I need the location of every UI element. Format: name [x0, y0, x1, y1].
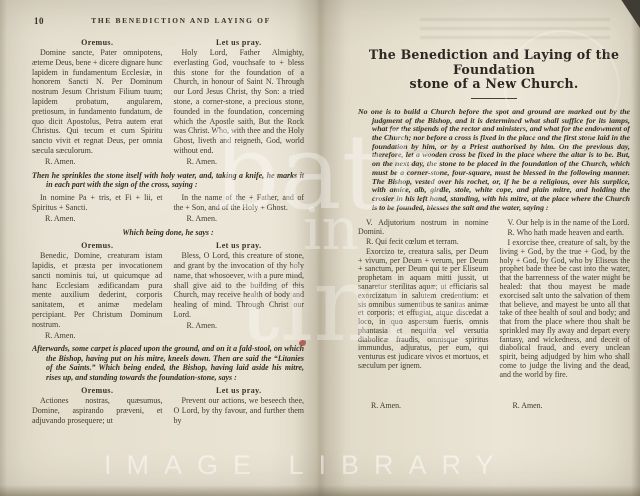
exorcism-section: V. Adjutorium nostrum in nomine Domini. … [358, 219, 630, 379]
actiones-prayer-section: Oremus. Actiones nostras, quæsumus, Domi… [32, 386, 304, 425]
amen-row: R. Amen. R. Amen. [358, 401, 630, 411]
english-column: In the name of the + Father, and of the … [174, 193, 305, 223]
english-column: Let us pray. Holy Lord, Father Almighty,… [174, 38, 305, 167]
latin-exorcism-paragraph: Exorcizo te, creatura salis, per Deum + … [358, 248, 489, 371]
english-amen-response: R. Amen. [513, 402, 631, 411]
right-page: The Benediction and Laying of the Founda… [358, 48, 630, 488]
latin-column: Oremus. Actiones nostras, quæsumus, Domi… [32, 386, 163, 425]
english-response: R. Who hath made heaven and earth. [500, 229, 631, 238]
rubric-which-being-done: Which being done, he says : [32, 228, 304, 237]
latin-versicle: V. Adjutorium nostrum in nomine Domini. [358, 219, 489, 237]
in-nomine-section: In nomine Pa + tris, et Fi + lii, et Spi… [32, 193, 304, 223]
latin-heading-oremus: Oremus. [32, 241, 163, 250]
chapter-title-line-2: stone of a New Church. [358, 77, 630, 92]
english-column: V. Our help is in the name of the Lord. … [500, 219, 631, 379]
chapter-title-line-1: The Benediction and Laying of the Founda… [358, 48, 630, 77]
rubric-sprinkles-stone: Then he sprinkles the stone itself with … [32, 171, 304, 190]
latin-actiones-paragraph: Actiones nostras, quæsumus, Domine, aspi… [32, 396, 163, 425]
english-column: Let us pray. Bless, O Lord, this creatur… [174, 241, 305, 340]
english-exorcism-paragraph: I exorcise thee, creature of salt, by th… [500, 239, 631, 380]
running-header: THE BENEDICTION AND LAYING OF [32, 16, 304, 25]
chapter-title: The Benediction and Laying of the Founda… [358, 48, 630, 92]
left-page: 10 THE BENEDICTION AND LAYING OF Oremus.… [32, 16, 304, 486]
latin-column: In nomine Pa + tris, et Fi + lii, et Spi… [32, 193, 163, 223]
latin-amen-response: R. Amen. [45, 331, 163, 341]
latin-heading-oremus: Oremus. [32, 386, 163, 395]
latin-amen-response: R. Amen. [371, 402, 489, 411]
latin-column: Oremus. Domine sancte, Pater omnipotens,… [32, 38, 163, 167]
title-divider-rule [471, 98, 517, 99]
latin-amen-response: R. Amen. [45, 214, 163, 224]
english-in-nomine-paragraph: In the name of the + Father, and of the … [174, 193, 305, 213]
english-heading-let-us-pray: Let us pray. [174, 241, 305, 250]
latin-benedic-paragraph: Benedic, Domine, creaturam istam lapidis… [32, 251, 163, 329]
english-amen-response: R. Amen. [187, 321, 305, 331]
rubric-no-one-builds: No one is to build a Church before the s… [358, 108, 630, 212]
english-heading-let-us-pray: Let us pray. [174, 38, 305, 47]
page-number: 10 [34, 16, 44, 26]
right-page-edge-shadow [631, 0, 640, 496]
latin-response: R. Qui fecit cœlum et terram. [358, 238, 489, 247]
english-heading-let-us-pray: Let us pray. [174, 386, 305, 395]
latin-amen-response: R. Amen. [45, 157, 163, 167]
english-blessing-paragraph: Holy Lord, Father Almighty, everlasting … [174, 48, 305, 156]
english-benedic-paragraph: Bless, O Lord, this creature of stone, a… [174, 251, 305, 320]
latin-blessing-paragraph: Domine sancte, Pater omnipotens, æterne … [32, 48, 163, 156]
blessing-prayer-section: Oremus. Domine sancte, Pater omnipotens,… [32, 38, 304, 167]
book-scan-photo: 10 THE BENEDICTION AND LAYING OF Oremus.… [0, 0, 640, 496]
latin-in-nomine-paragraph: In nomine Pa + tris, et Fi + lii, et Spi… [32, 193, 163, 213]
english-column: Let us pray. Prevent our actions, we bes… [174, 386, 305, 425]
english-versicle: V. Our help is in the name of the Lord. [500, 219, 631, 228]
english-actiones-paragraph: Prevent our actions, we beseech thee, O … [174, 396, 305, 425]
left-page-edge-shadow [0, 0, 7, 496]
rubric-afterwards-carpet: Afterwards, some carpet is placed upon t… [32, 344, 304, 382]
english-amen-response: R. Amen. [187, 157, 305, 167]
benedic-prayer-section: Oremus. Benedic, Domine, creaturam istam… [32, 241, 304, 340]
latin-heading-oremus: Oremus. [32, 38, 163, 47]
latin-column: Oremus. Benedic, Domine, creaturam istam… [32, 241, 163, 340]
left-page-header: 10 THE BENEDICTION AND LAYING OF [32, 16, 304, 29]
latin-column: R. Amen. [358, 401, 489, 411]
english-column: R. Amen. [500, 401, 631, 411]
english-amen-response: R. Amen. [187, 214, 305, 224]
latin-column: V. Adjutorium nostrum in nomine Domini. … [358, 219, 489, 379]
